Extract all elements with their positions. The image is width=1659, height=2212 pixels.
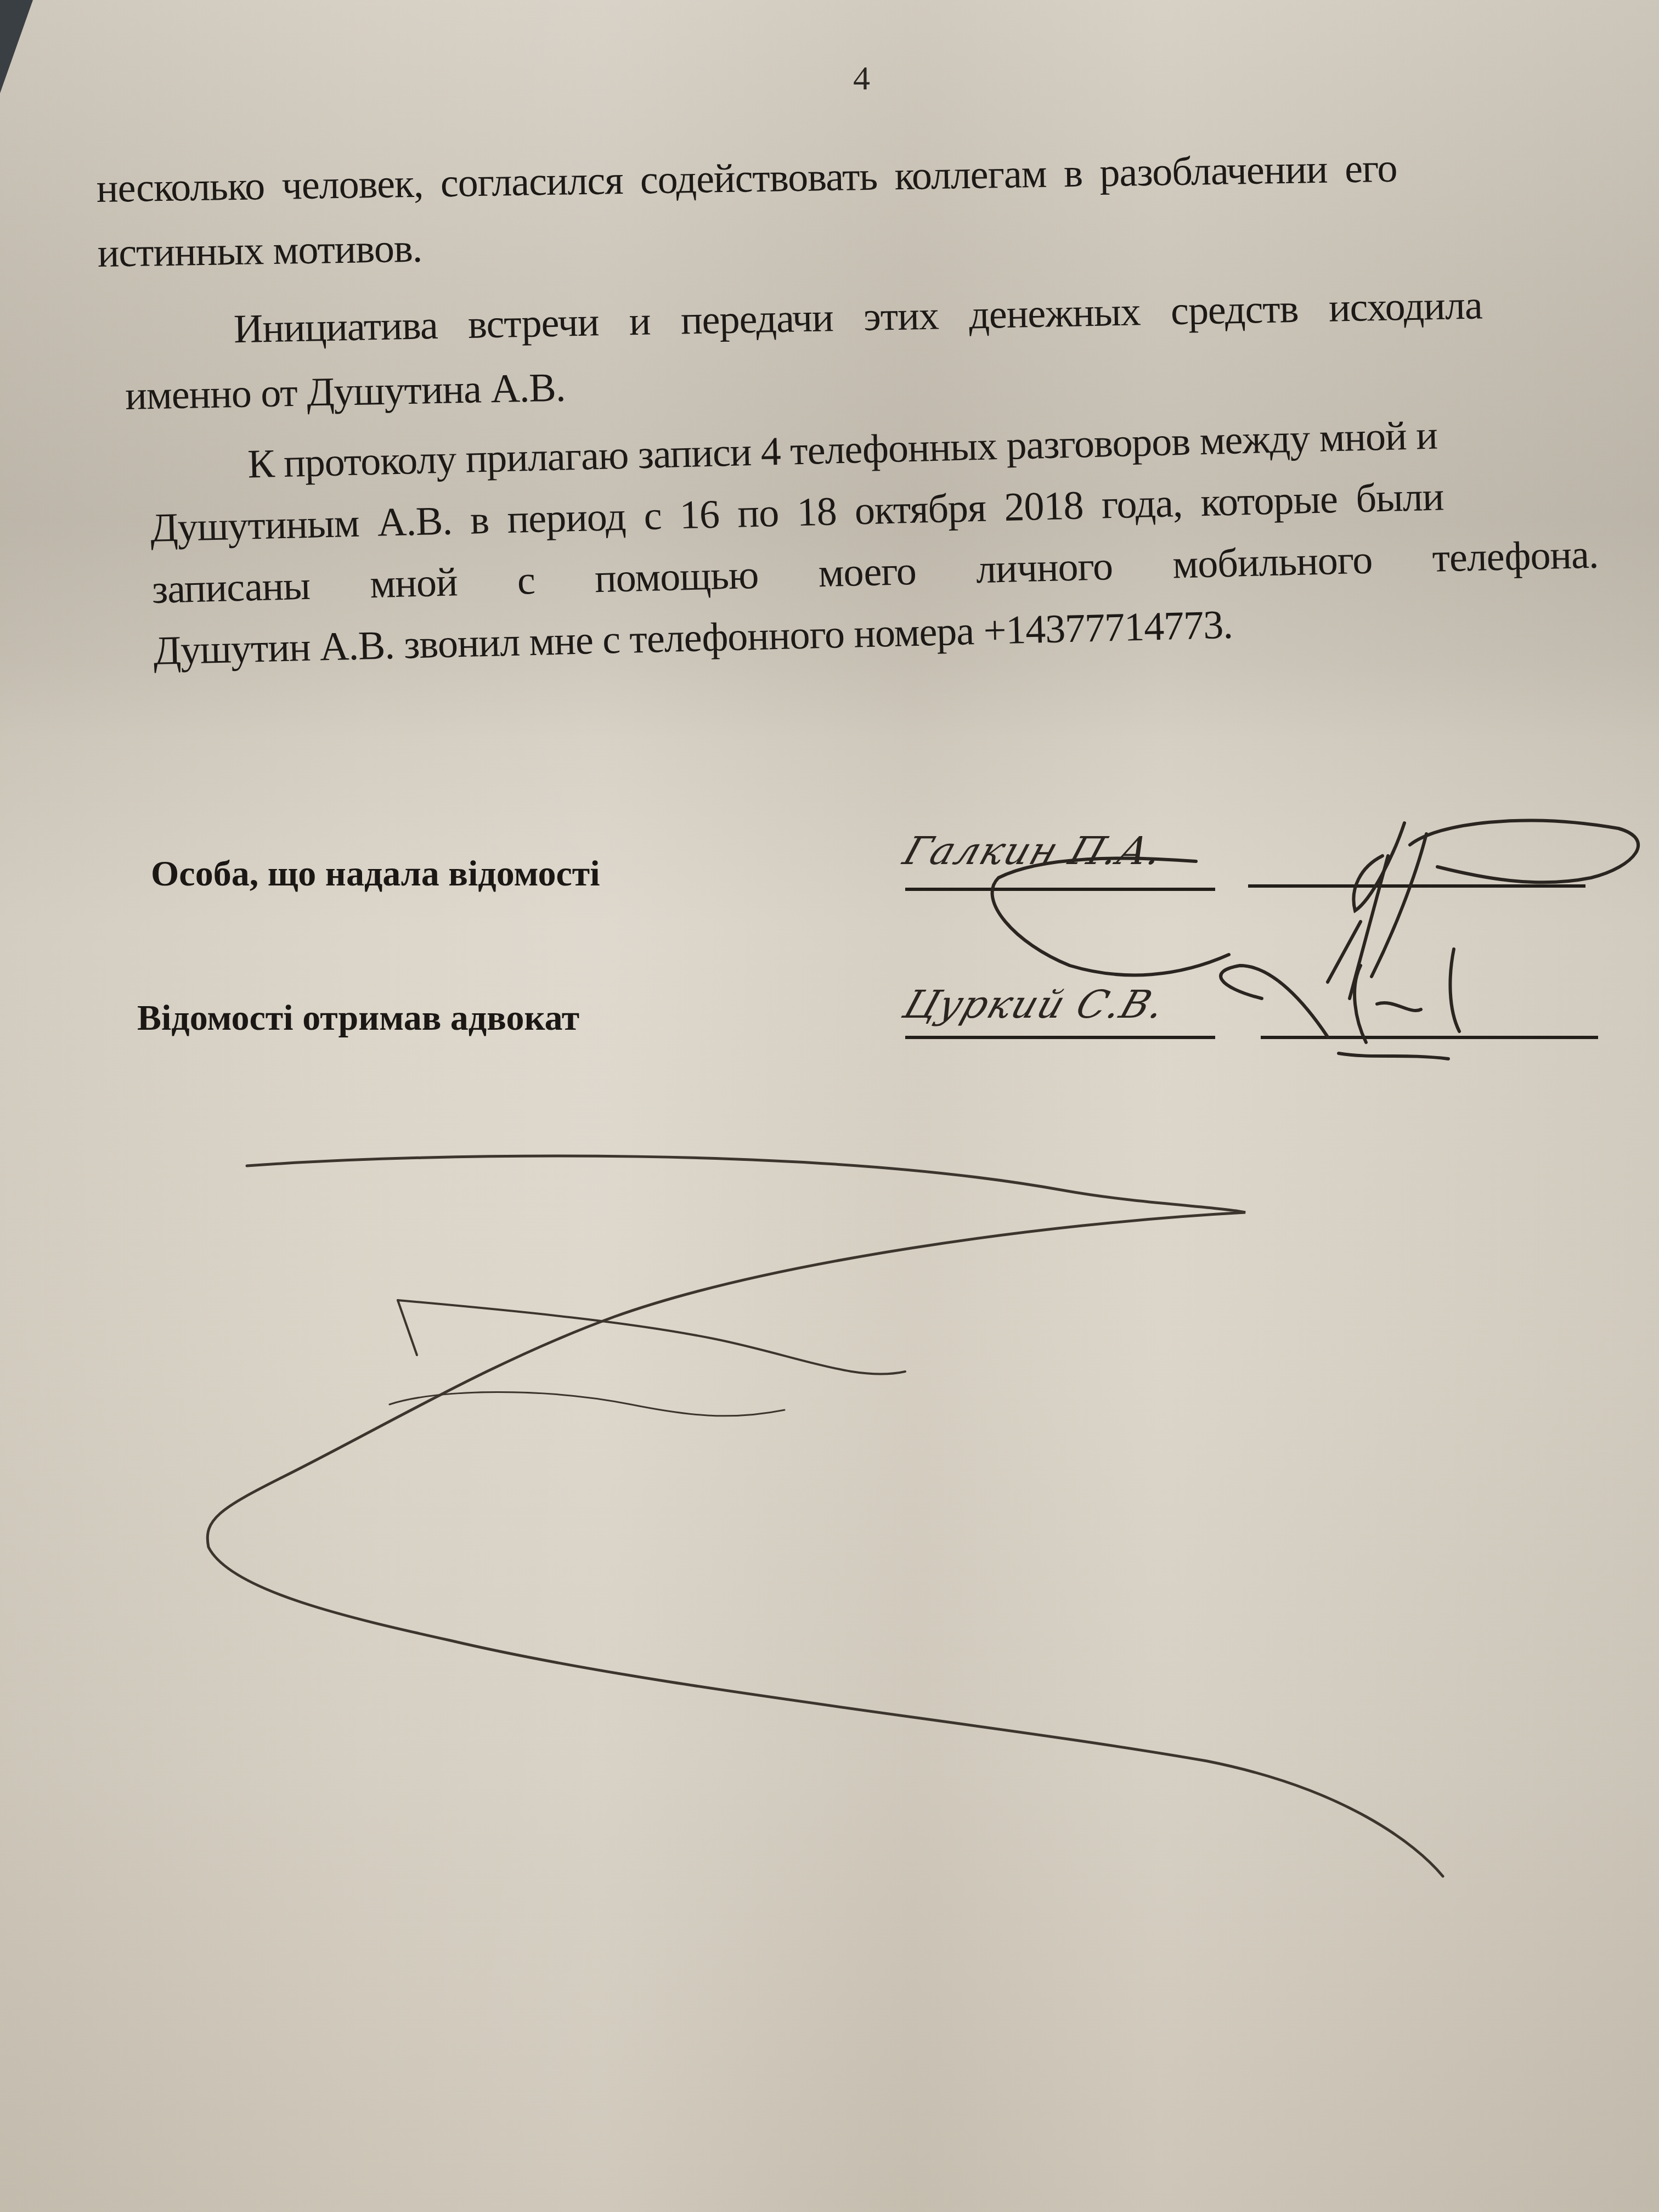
name-line-lawyer (905, 1036, 1215, 1039)
signature-label-informant: Особа, що надала відомості (151, 853, 600, 895)
paragraph-3: К протоколу прилагаю записи 4 телефонных… (148, 400, 1624, 682)
signature-line-lawyer (1261, 1036, 1598, 1039)
page-number: 4 (853, 59, 870, 98)
handwritten-name-lawyer: Цуркий С.В. (898, 982, 1172, 1027)
signature-label-lawyer: Відомості отримав адвокат (137, 997, 579, 1039)
name-line-informant (905, 888, 1215, 891)
signature-line-informant (1248, 884, 1585, 888)
handwritten-name-informant: Галкин П.А. (898, 828, 1170, 873)
paragraph-1: несколько человек, согласился содействов… (96, 132, 1628, 286)
